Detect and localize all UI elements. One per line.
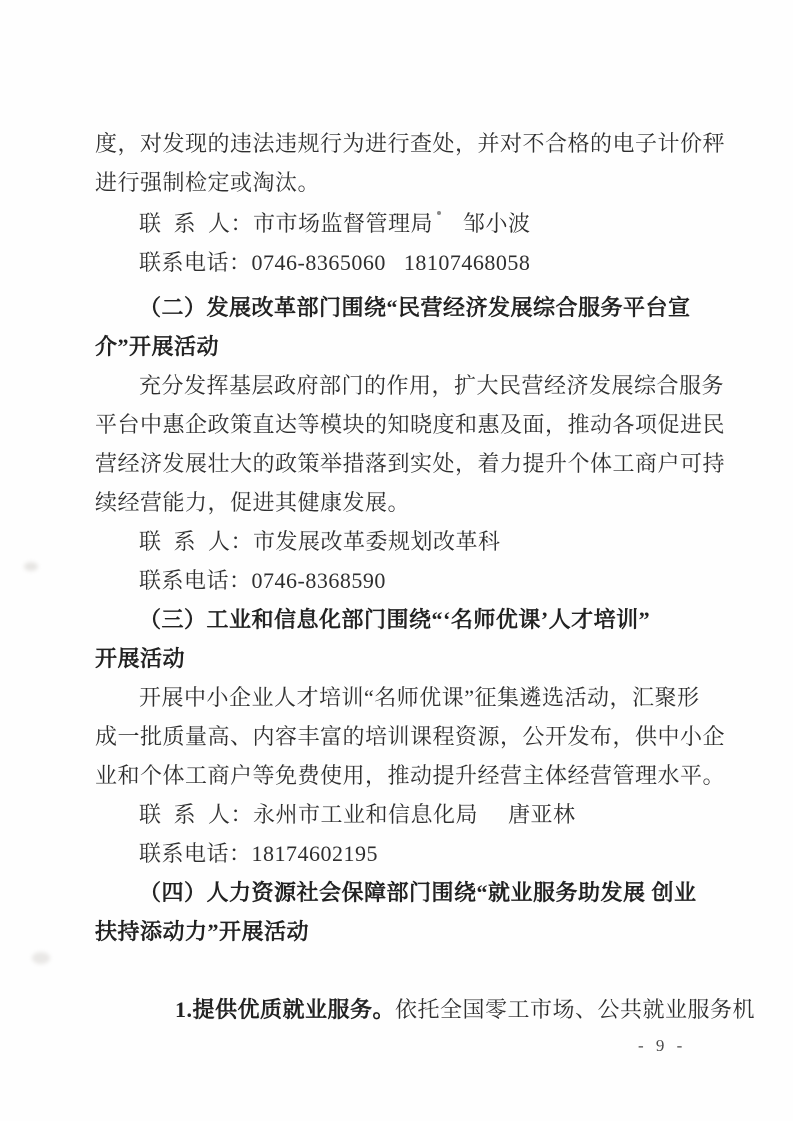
section-heading-line: 扶持添动力”开展活动	[95, 912, 713, 951]
section-heading-line: （三）工业和信息化部门围绕“‘名师优课’人才培训”	[95, 600, 713, 639]
text-line: 开展中小企业人才培训“名师优课”征集遴选活动，汇聚形	[95, 678, 713, 717]
contact-phone-line: 联系电话：0746-8365060 18107468058	[95, 243, 713, 282]
document-body: 度，对发现的违法违规行为进行查处，并对不合格的电子计价秤 进行强制检定或淘汰。 …	[95, 124, 713, 1068]
contact-phone-line: 联系电话：18174602195	[95, 834, 713, 873]
section-heading-line: （四）人力资源社会保障部门围绕“就业服务助发展 创业	[95, 873, 713, 912]
text-line: 营经济发展壮大的政策举措落到实处，着力提升个体工商户可持	[95, 444, 713, 483]
scan-artifact-smudge	[32, 952, 50, 964]
section-heading-line: 开展活动	[95, 639, 713, 678]
text-line: 平台中惠企政策直达等模块的知晓度和惠及面，推动各项促进民	[95, 405, 713, 444]
scan-artifact-smudge	[24, 562, 38, 571]
text-line: 业和个体工商户等免费使用，推动提升经营主体经营管理水平。	[95, 756, 713, 795]
document-page: 度，对发现的违法违规行为进行查处，并对不合格的电子计价秤 进行强制检定或淘汰。 …	[0, 0, 793, 1121]
line-rest: 依托全国零工市场、公共就业服务机	[395, 997, 755, 1022]
text-line: 度，对发现的违法违规行为进行查处，并对不合格的电子计价秤	[95, 124, 713, 163]
contact-person-line: 联 系 人：永州市工业和信息化局 唐亚林	[95, 795, 713, 834]
contact-person-line: 联 系 人：市发展改革委规划改革科	[95, 522, 713, 561]
text-line: 续经营能力，促进其健康发展。	[95, 483, 713, 522]
section-heading-line: 介”开展活动	[95, 327, 713, 366]
text-line: 进行强制检定或淘汰。	[95, 163, 713, 202]
text-line: 1.提供优质就业服务。依托全国零工市场、公共就业服务机	[95, 951, 713, 1068]
scan-artifact-dot	[437, 211, 441, 215]
contact-phone-line: 联系电话：0746-8368590	[95, 561, 713, 600]
text-line: 成一批质量高、内容丰富的培训课程资源，公开发布，供中小企	[95, 717, 713, 756]
contact-person-line: 联 系 人：市市场监督管理局 邹小波	[95, 204, 713, 243]
section-heading-line: （二）发展改革部门围绕“民营经济发展综合服务平台宣	[95, 288, 713, 327]
numbered-item-heading: 1.提供优质就业服务。	[175, 997, 395, 1022]
text-line: 充分发挥基层政府部门的作用，扩大民营经济发展综合服务	[95, 366, 713, 405]
page-number: - 9 -	[638, 1036, 686, 1056]
